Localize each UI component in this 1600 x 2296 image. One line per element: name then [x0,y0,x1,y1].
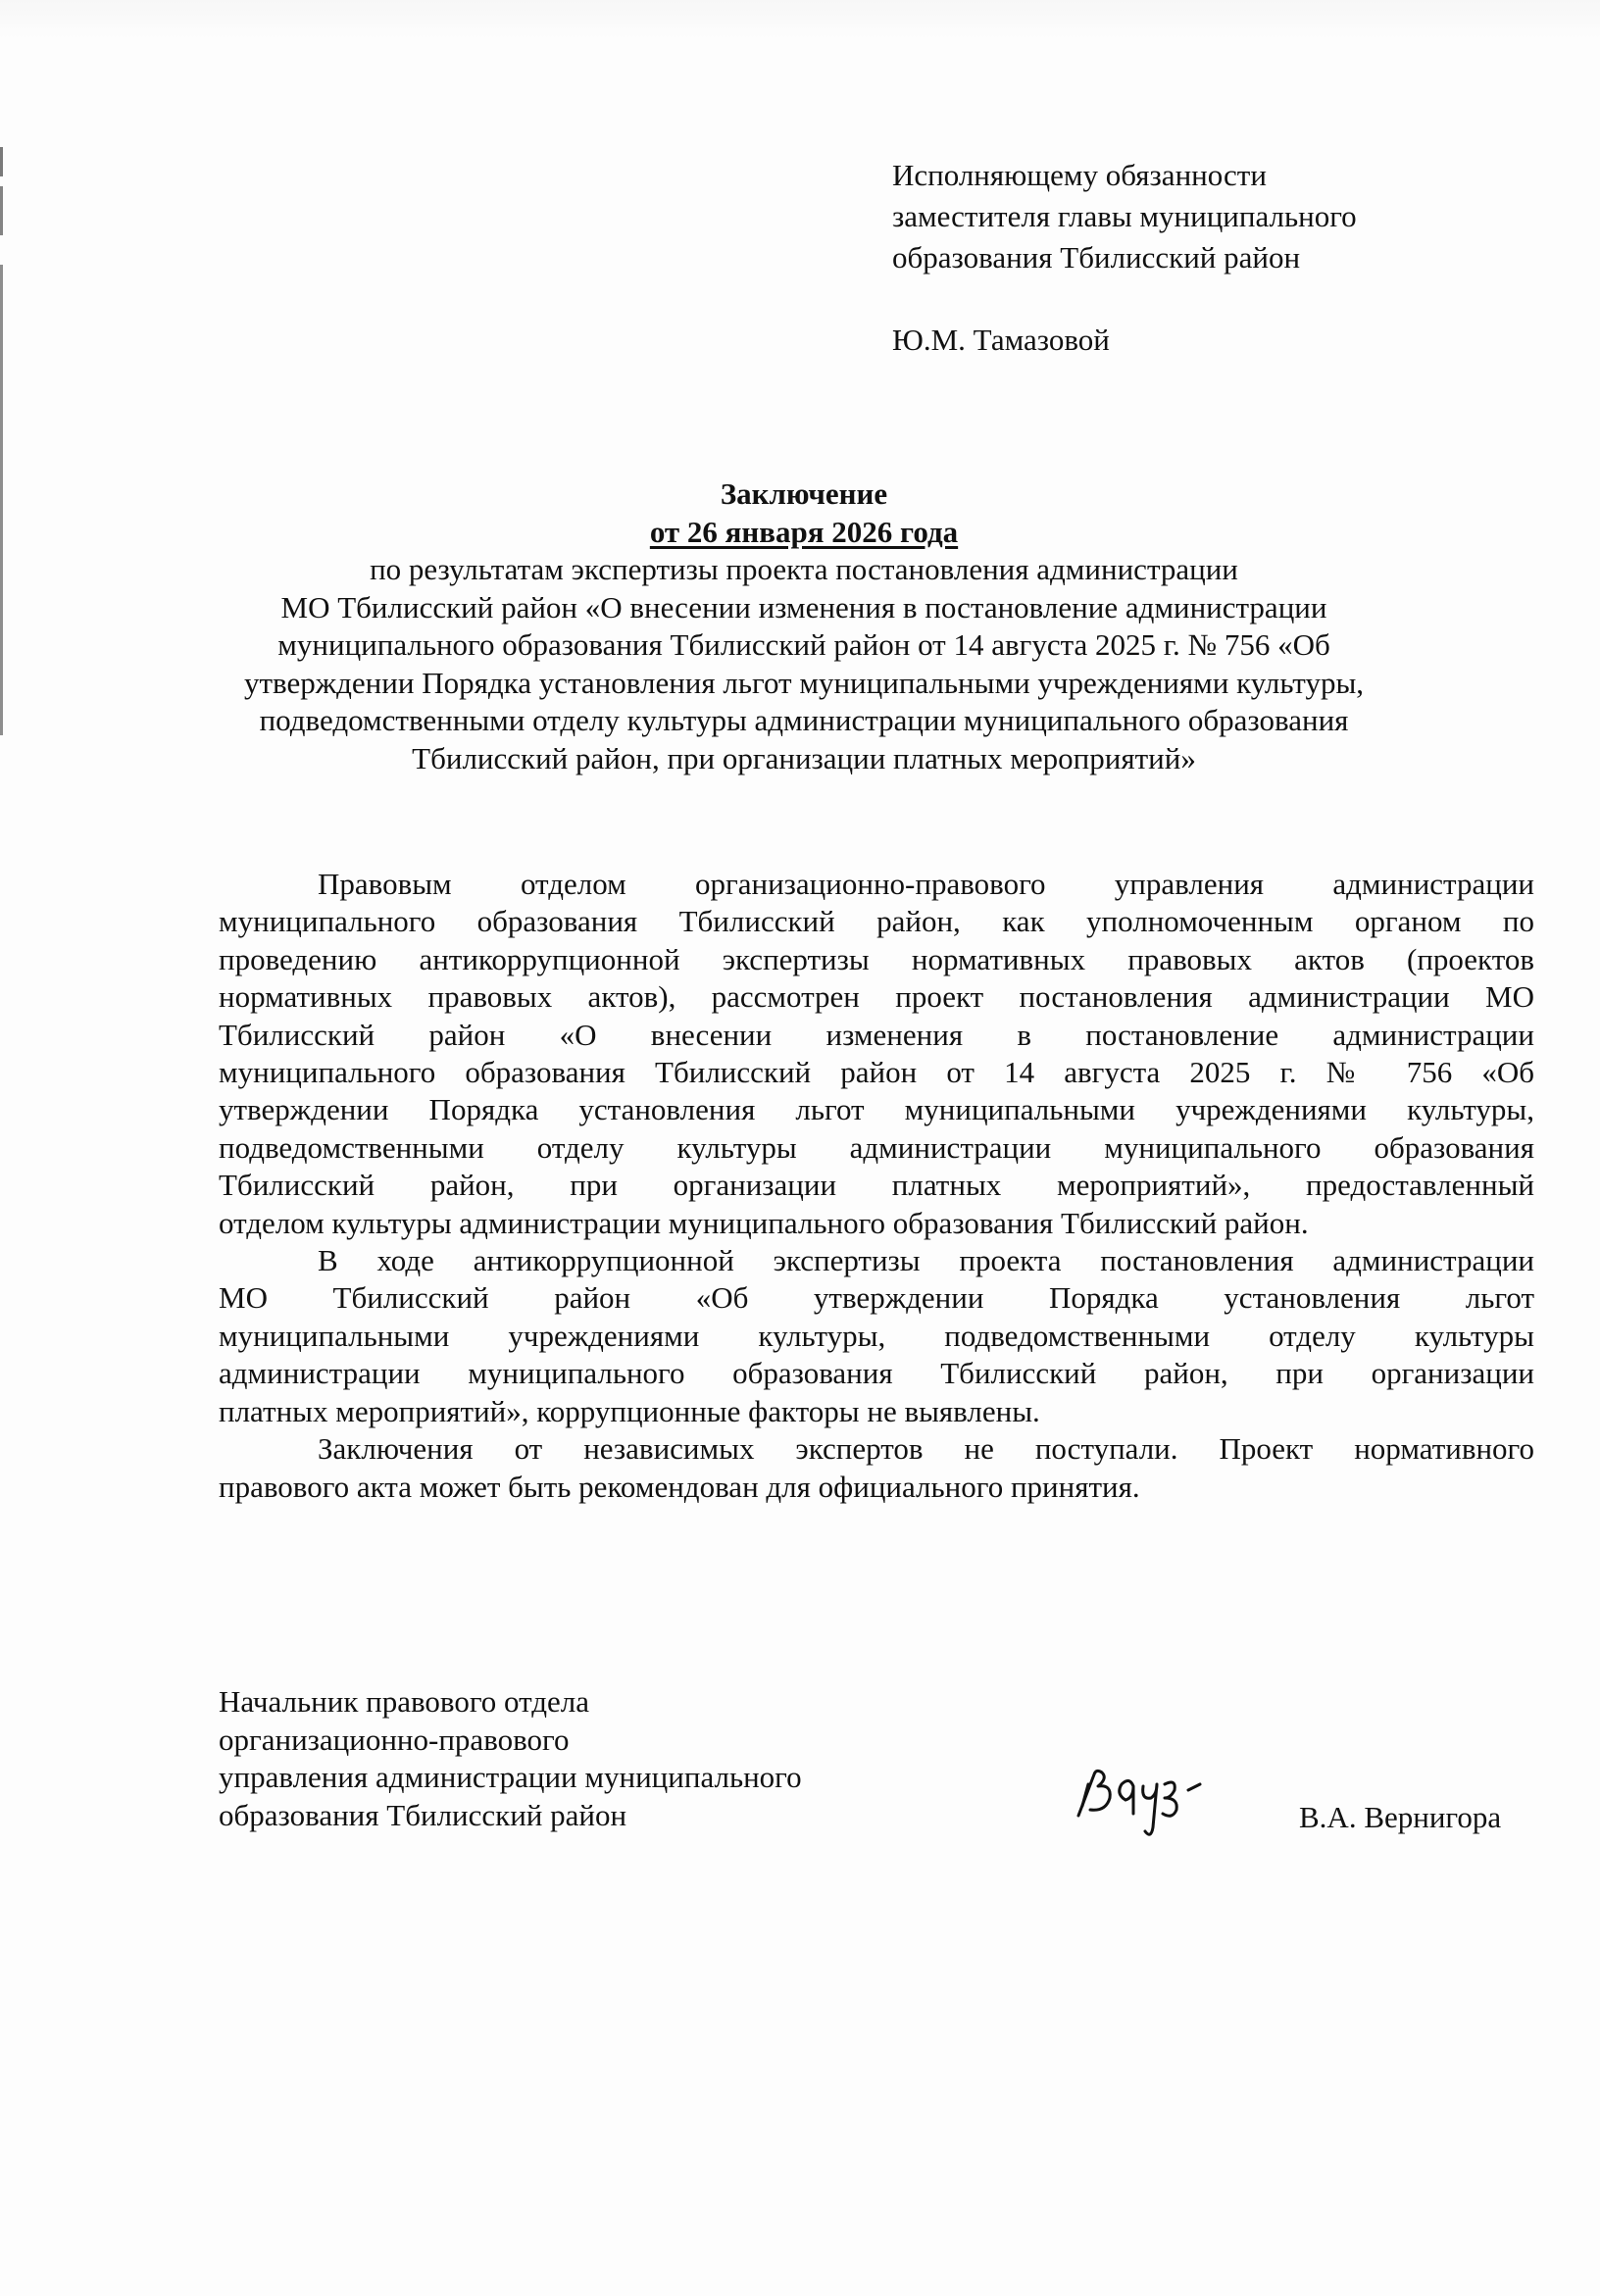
document-date: от 26 января 2026 года [650,514,958,552]
document-page: Исполняющему обязанности заместителя гла… [0,0,1600,2296]
body-line: В ходе антикоррупционной экспертизы прое… [219,1242,1534,1279]
scan-edge-artifact [0,147,3,1814]
addressee-line: Исполняющему обязанности [892,155,1357,196]
body-line: платных мероприятий», коррупционные факт… [219,1393,1534,1430]
body-line: Тбилисский район, при организации платны… [219,1167,1534,1204]
body-line: отделом культуры администрации муниципал… [219,1205,1534,1242]
body-line: правового акта может быть рекомендован д… [219,1469,1534,1506]
body-line: муниципального образования Тбилисский ра… [219,1054,1534,1091]
body-line: подведомственными отделу культуры админи… [219,1129,1534,1167]
body-line: администрации муниципального образования… [219,1355,1534,1392]
subject-line: МО Тбилисский район «О внесении изменени… [176,589,1431,627]
body-line: утверждении Порядка установления льгот м… [219,1091,1534,1128]
addressee-name: Ю.М. Тамазовой [892,320,1357,361]
subject-line: муниципального образования Тбилисский ра… [176,626,1431,665]
body-line: проведению антикоррупционной экспертизы … [219,941,1534,978]
body-line: Правовым отделом организационно-правовог… [219,866,1534,903]
handwritten-signature-icon [1069,1755,1225,1843]
addressee-block: Исполняющему обязанности заместителя гла… [892,155,1357,361]
body-line: нормативных правовых актов), рассмотрен … [219,978,1534,1016]
signatory-position: Начальник правового отдела организационн… [219,1683,802,1834]
document-title: Заключение [176,475,1431,514]
addressee-line: заместителя главы муниципального [892,196,1357,237]
body-line: муниципального образования Тбилисский ра… [219,903,1534,940]
subject-line: по результатам экспертизы проекта постан… [176,551,1431,589]
position-line: управления администрации муниципального [219,1759,802,1797]
subject-line: утверждении Порядка установления льгот м… [176,665,1431,703]
document-body: Правовым отделом организационно-правовог… [219,866,1534,1506]
paragraph-review: Правовым отделом организационно-правовог… [219,866,1534,1242]
paragraph-findings: В ходе антикоррупционной экспертизы прое… [219,1242,1534,1430]
paragraph-conclusion: Заключения от независимых экспертов не п… [219,1430,1534,1506]
subject-line: подведомственными отделу культуры админи… [176,702,1431,740]
signer-name: В.А. Вернигора [1299,1799,1501,1836]
position-line: Начальник правового отдела [219,1683,802,1722]
position-line: образования Тбилисский район [219,1797,802,1835]
body-line: Тбилисский район «О внесении изменения в… [219,1017,1534,1054]
body-line: МО Тбилисский район «Об утверждении Поря… [219,1279,1534,1317]
body-line: муниципальными учреждениями культуры, по… [219,1318,1534,1355]
position-line: организационно-правового [219,1722,802,1760]
addressee-line: образования Тбилисский район [892,237,1357,278]
body-line: Заключения от независимых экспертов не п… [219,1430,1534,1468]
subject-line: Тбилисский район, при организации платны… [176,740,1431,778]
document-heading: Заключение от 26 января 2026 года по рез… [176,475,1431,777]
